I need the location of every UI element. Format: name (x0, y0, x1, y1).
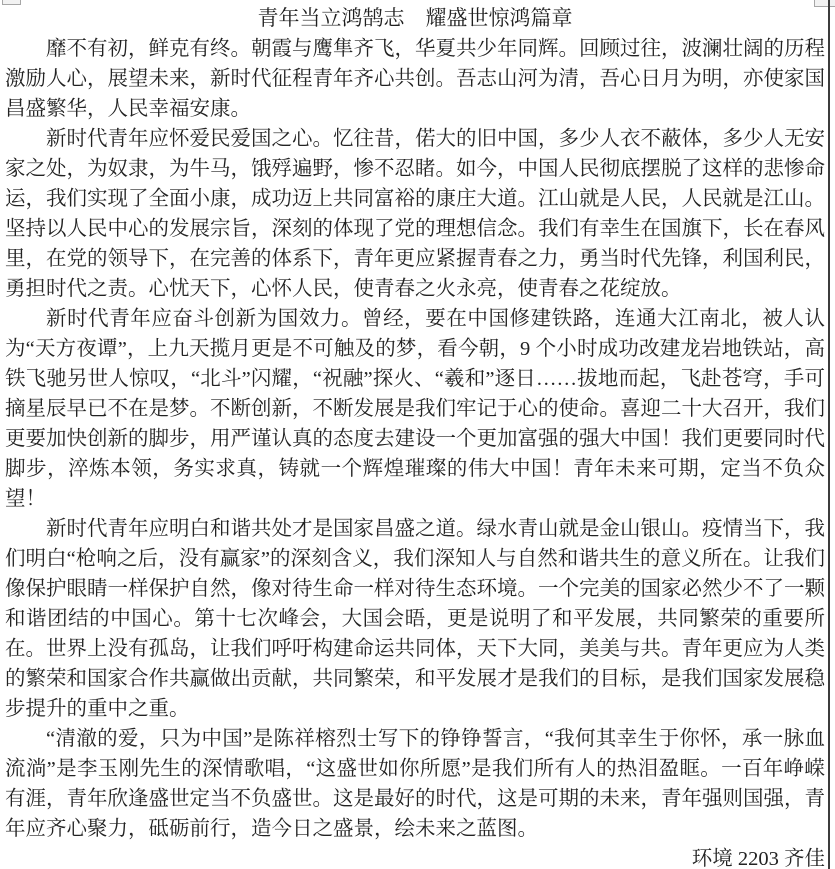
essay-paragraph-4: 新时代青年应明白和谐共处才是国家昌盛之道。绿水青山就是金山银山。疫情当下，我们明… (5, 514, 825, 724)
essay-signature: 环境 2203 齐佳 (5, 844, 825, 869)
page-right-border (828, 0, 830, 869)
essay-title: 青年当立鸿鹄志 耀盛世惊鸿篇章 (5, 4, 825, 34)
essay-paragraph-2: 新时代青年应怀爱民爱国之心。忆往昔，偌大的旧中国，多少人衣不蔽体，多少人无安家之… (5, 124, 825, 304)
essay-paragraph-3: 新时代青年应奋斗创新为国效力。曾经，要在中国修建铁路，连通大江南北，被人认为“天… (5, 304, 825, 514)
essay-paragraph-1: 靡不有初，鲜克有终。朝霞与鹰隼齐飞，华夏共少年同辉。回顾过往，波澜壮阔的历程激励… (5, 34, 825, 124)
document-page: 青年当立鸿鹄志 耀盛世惊鸿篇章 靡不有初，鲜克有终。朝霞与鹰隼齐飞，华夏共少年同… (0, 0, 835, 869)
essay-paragraph-5: “清澈的爱，只为中国”是陈祥榕烈士写下的铮铮誓言，“我何其幸生于你怀，承一脉血流… (5, 724, 825, 844)
essay-body: 青年当立鸿鹄志 耀盛世惊鸿篇章 靡不有初，鲜克有终。朝霞与鹰隼齐飞，华夏共少年同… (5, 4, 825, 869)
